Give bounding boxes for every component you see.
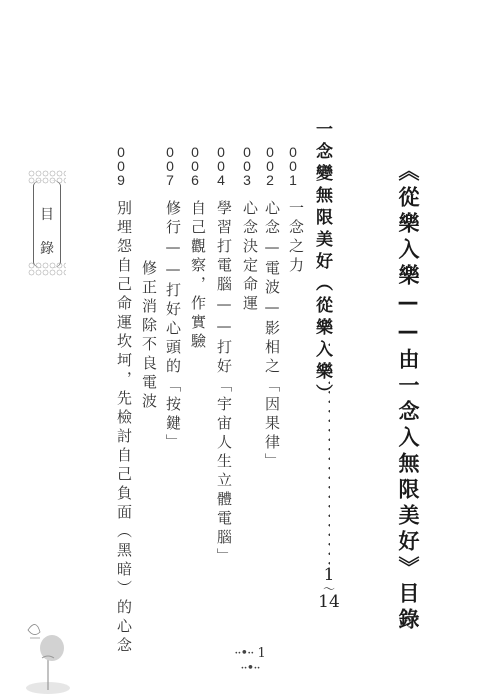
entry-title: 一念之力 [286, 200, 307, 276]
entry-number: 004 [214, 145, 228, 187]
entry-title: 修行——打好心頭的「按鍵」 [163, 200, 184, 453]
entry-number: 003 [240, 145, 254, 187]
entry-title: 心念決定命運 [240, 200, 261, 314]
book-title: 《從樂入樂——由一念入無限美好》目錄 [393, 160, 423, 634]
folio-ornament-left-icon: ··•·· [234, 646, 253, 661]
entry-number: 007 [163, 145, 177, 187]
entry-title: 學習打電腦——打好「宇宙人生立體電腦」 [214, 200, 235, 567]
page-end: 14 [314, 595, 344, 610]
folio-page-number: 1 [258, 646, 266, 661]
page-start: 1 [314, 568, 344, 583]
section-page-range: 1 ～ 14 [314, 568, 344, 610]
entry-title: 心念—電波—影相之「因果律」 [262, 200, 283, 472]
entry-title: 別埋怨自己命運坎坷，先檢討自己負面（黑暗）的心念 [114, 200, 135, 656]
entry-subtitle: 修正消除不良電波 [139, 260, 160, 412]
entry-number: 002 [263, 145, 277, 187]
entry-number: 009 [114, 145, 128, 187]
dot-leader [328, 340, 330, 566]
entry-title: 自己觀察，作實驗 [188, 200, 209, 352]
section-heading: 一念變無限美好（從樂入樂） [310, 120, 335, 406]
entry-number: 006 [188, 145, 202, 187]
folio-ornament-right-icon: ··•·· [240, 661, 259, 676]
flower-butterfly-illustration-icon [10, 610, 70, 695]
side-tab-label: 目 錄 [36, 198, 58, 266]
ornament-bottom-icon [28, 262, 66, 276]
entry-number: 001 [286, 145, 300, 187]
page-folio: ··•·· 1 ··•·· [225, 646, 275, 676]
